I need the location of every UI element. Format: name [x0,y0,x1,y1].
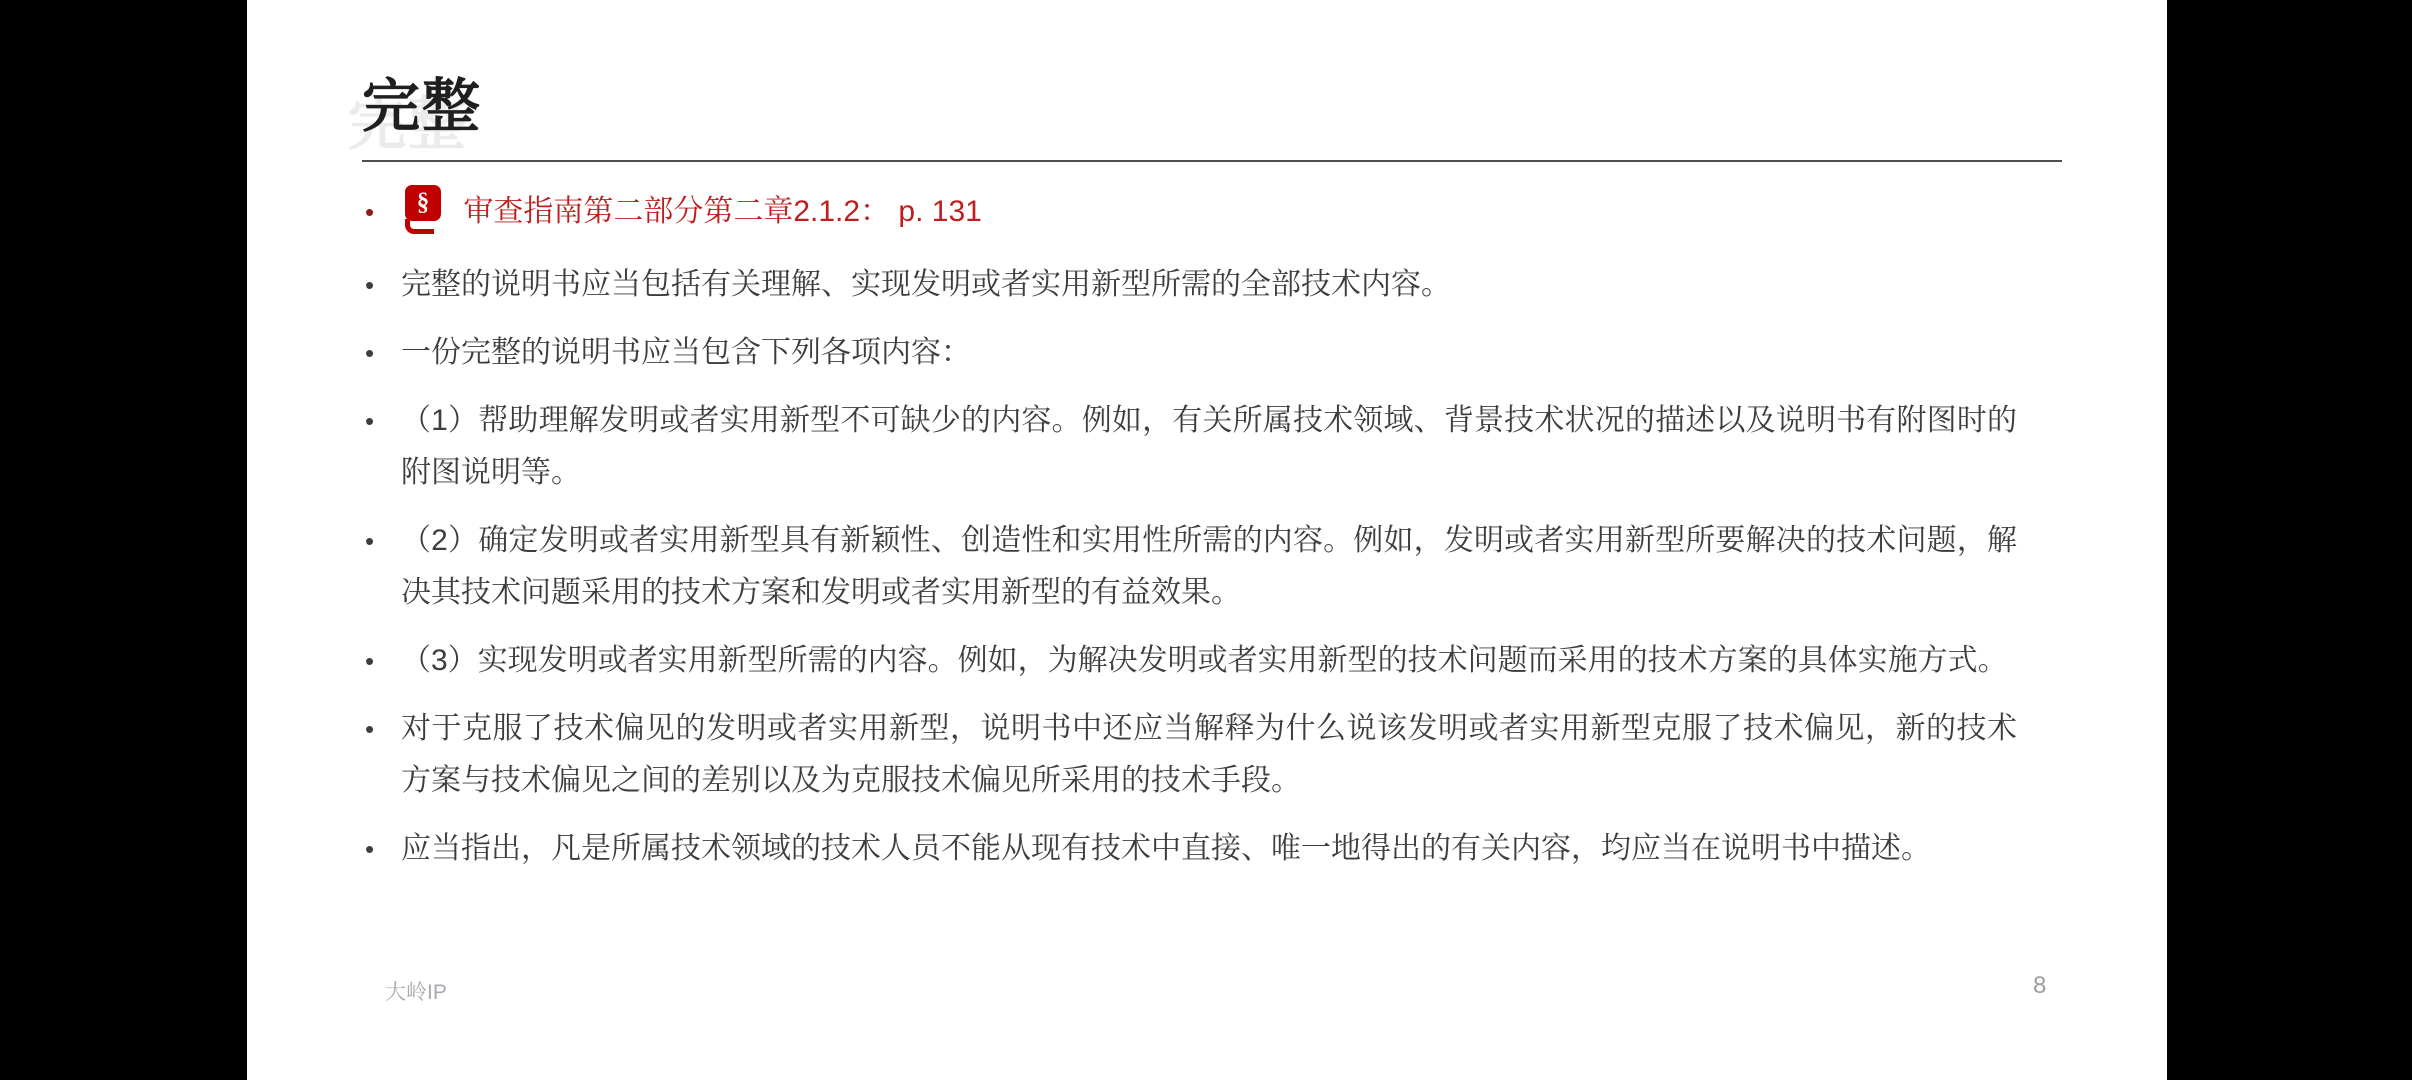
reference-line: • § 审查指南第二部分第二章2.1.2： p. 131 [365,186,2017,238]
book-curl-decoration [405,219,434,234]
section-symbol: § [405,185,441,221]
bullet-item: （2）确定发明或者实用新型具有新颖性、创造性和实用性所需的内容。例如，发明或者实… [365,515,2017,619]
page-number: 8 [2033,972,2046,1000]
bullet-item: 应当指出，凡是所属技术领域的技术人员不能从现有技术中直接、唯一地得出的有关内容，… [365,823,2017,875]
bullet-list: 完整的说明书应当包括有关理解、实现发明或者实用新型所需的全部技术内容。 一份完整… [365,259,2017,875]
section-book-icon: § [403,185,443,235]
slide-body: • § 审查指南第二部分第二章2.1.2： p. 131 完整的说明书应当包括有… [365,186,2017,891]
presentation-slide: 完整 完整 • § 审查指南第二部分第二章2.1.2： p. 131 完整的说明… [247,0,2167,1080]
video-frame: 完整 完整 • § 审查指南第二部分第二章2.1.2： p. 131 完整的说明… [0,0,2412,1080]
bullet-item: 完整的说明书应当包括有关理解、实现发明或者实用新型所需的全部技术内容。 [365,259,2017,311]
letterbox-right [2167,0,2412,1080]
letterbox-left [0,0,247,1080]
bullet-item: 一份完整的说明书应当包含下列各项内容： [365,327,2017,379]
footer-brand: 大岭IP [385,976,447,1006]
slide-title: 完整 [362,78,482,136]
bullet-dot-red: • [365,186,374,238]
bullet-item: （1）帮助理解发明或者实用新型不可缺少的内容。例如，有关所属技术领域、背景技术状… [365,395,2017,499]
bullet-item: （3）实现发明或者实用新型所需的内容。例如，为解决发明或者实用新型的技术问题而采… [365,635,2017,687]
guideline-reference-link[interactable]: 审查指南第二部分第二章2.1.2： p. 131 [463,195,981,228]
title-divider [362,160,2062,162]
bullet-item: 对于克服了技术偏见的发明或者实用新型，说明书中还应当解释为什么说该发明或者实用新… [365,703,2017,807]
